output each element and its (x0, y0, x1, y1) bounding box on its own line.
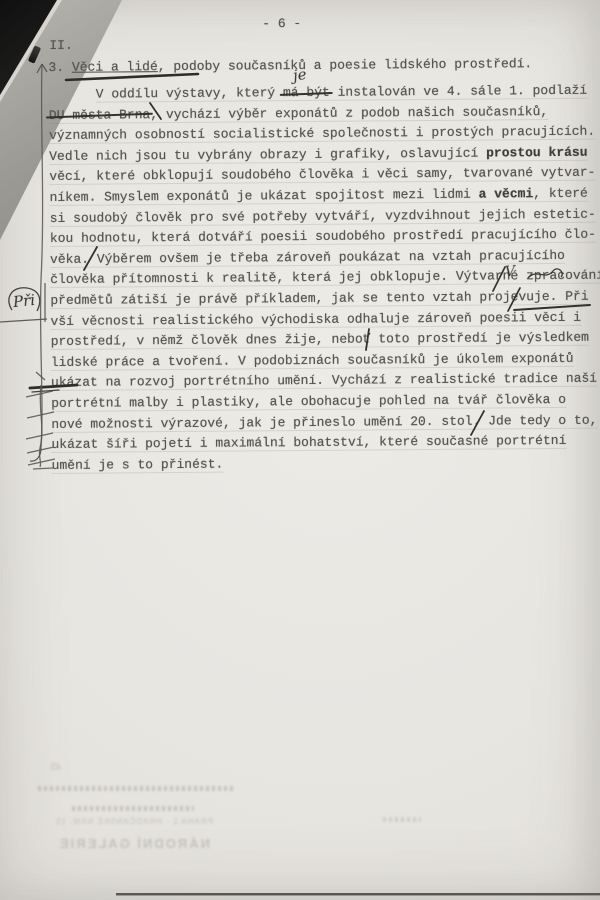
typed-segment: nové možnosti výrazové, jak je přineslo … (51, 412, 597, 431)
typed-segment-bold: a věcmi (479, 186, 534, 201)
stamp-illegible-line-2 (72, 806, 194, 811)
heading-pen-underline (66, 74, 198, 80)
margin-pencil-hook (30, 448, 41, 461)
typed-segment: věcí, které obklopují soudobého člověka … (49, 165, 595, 184)
typed-segment: lidské práce a tvoření. V podobiznách so… (51, 351, 574, 370)
typed-segment: člověka přítomnosti k realitě, která jej… (50, 268, 600, 287)
heading-line: 3. Věci a lidé, podoby současníků a poes… (48, 56, 532, 75)
handwritten-margin-note: Při (12, 291, 36, 311)
typewritten-page: { "document": { "page_number": "- 6 -", … (0, 0, 600, 900)
typed-segment-strike: DU města Brna (49, 107, 151, 123)
typed-segment: umění je s to přinést. (52, 456, 224, 472)
typed-segment: významných osobností socialistické spole… (49, 124, 595, 143)
heading-underlined: Věci a lidé (72, 59, 158, 75)
typed-segment: vší věcnosti realistického východiska od… (50, 309, 581, 328)
typed-segment-bold: prostou krásu (486, 145, 588, 161)
typed-segment: věka. Výběrem ovšem je třeba zároveň pou… (50, 248, 565, 267)
typed-segment: předmětů zátiší je právě příkladem, jak … (50, 289, 588, 308)
section-numeral: II. (49, 38, 73, 53)
typed-segment: si soudobý člověk pro své potřeby vytvář… (50, 206, 596, 225)
typed-segment: , vychází výběr exponátů z podob našich … (150, 104, 548, 122)
stamp-address-mirrored: PRAHA 1 · HRADČANSKÉ NÁM. 15 (50, 817, 218, 826)
heading-prefix: 3. (48, 60, 72, 75)
photo-bottom-edge-highlight (116, 895, 600, 896)
typed-segment: , které (533, 186, 588, 201)
handwritten-insert: je (292, 65, 308, 85)
typed-segment: prostředí, v němž člověk dnes žije, nebo… (51, 330, 589, 349)
stamp-title-mirrored: NÁRODNÍ GALERIE (56, 836, 212, 851)
typed-segment: ukázat šíři pojetí i maximální bohatství… (51, 433, 566, 452)
stamp-illegible-line-1 (38, 786, 234, 791)
typed-segment-strike: má být (283, 85, 330, 100)
stamp-number-mirrored: 45 (50, 762, 61, 773)
paragraph: V oddílu výstavy, který má být instalová… (49, 83, 600, 479)
typed-segment: kou hodnotu, která dotváří poesii soudob… (50, 227, 596, 246)
handwritten-annotation: V (504, 264, 515, 281)
typed-segment: níkem. Smyslem exponátů je ukázat spojit… (49, 187, 478, 205)
typed-segment: ukázat na rozvoj portrétního umění. Vych… (51, 371, 597, 390)
page-number: - 6 - (262, 16, 301, 31)
typed-line: umění je s to přinést. (52, 453, 600, 478)
bleed-fragment-right (383, 817, 421, 822)
heading-rest: , podoby současníků a poesie lidského pr… (158, 56, 533, 74)
typed-segment: V oddílu výstavy, který (96, 85, 283, 101)
typed-segment: portrétní malby i plastiky, ale obohacuj… (51, 392, 566, 411)
typed-segment: Vedle nich jsou tu vybrány obrazy i graf… (49, 145, 486, 163)
typed-segment: instalován ve 4. sále 1. podlaží (330, 83, 588, 100)
